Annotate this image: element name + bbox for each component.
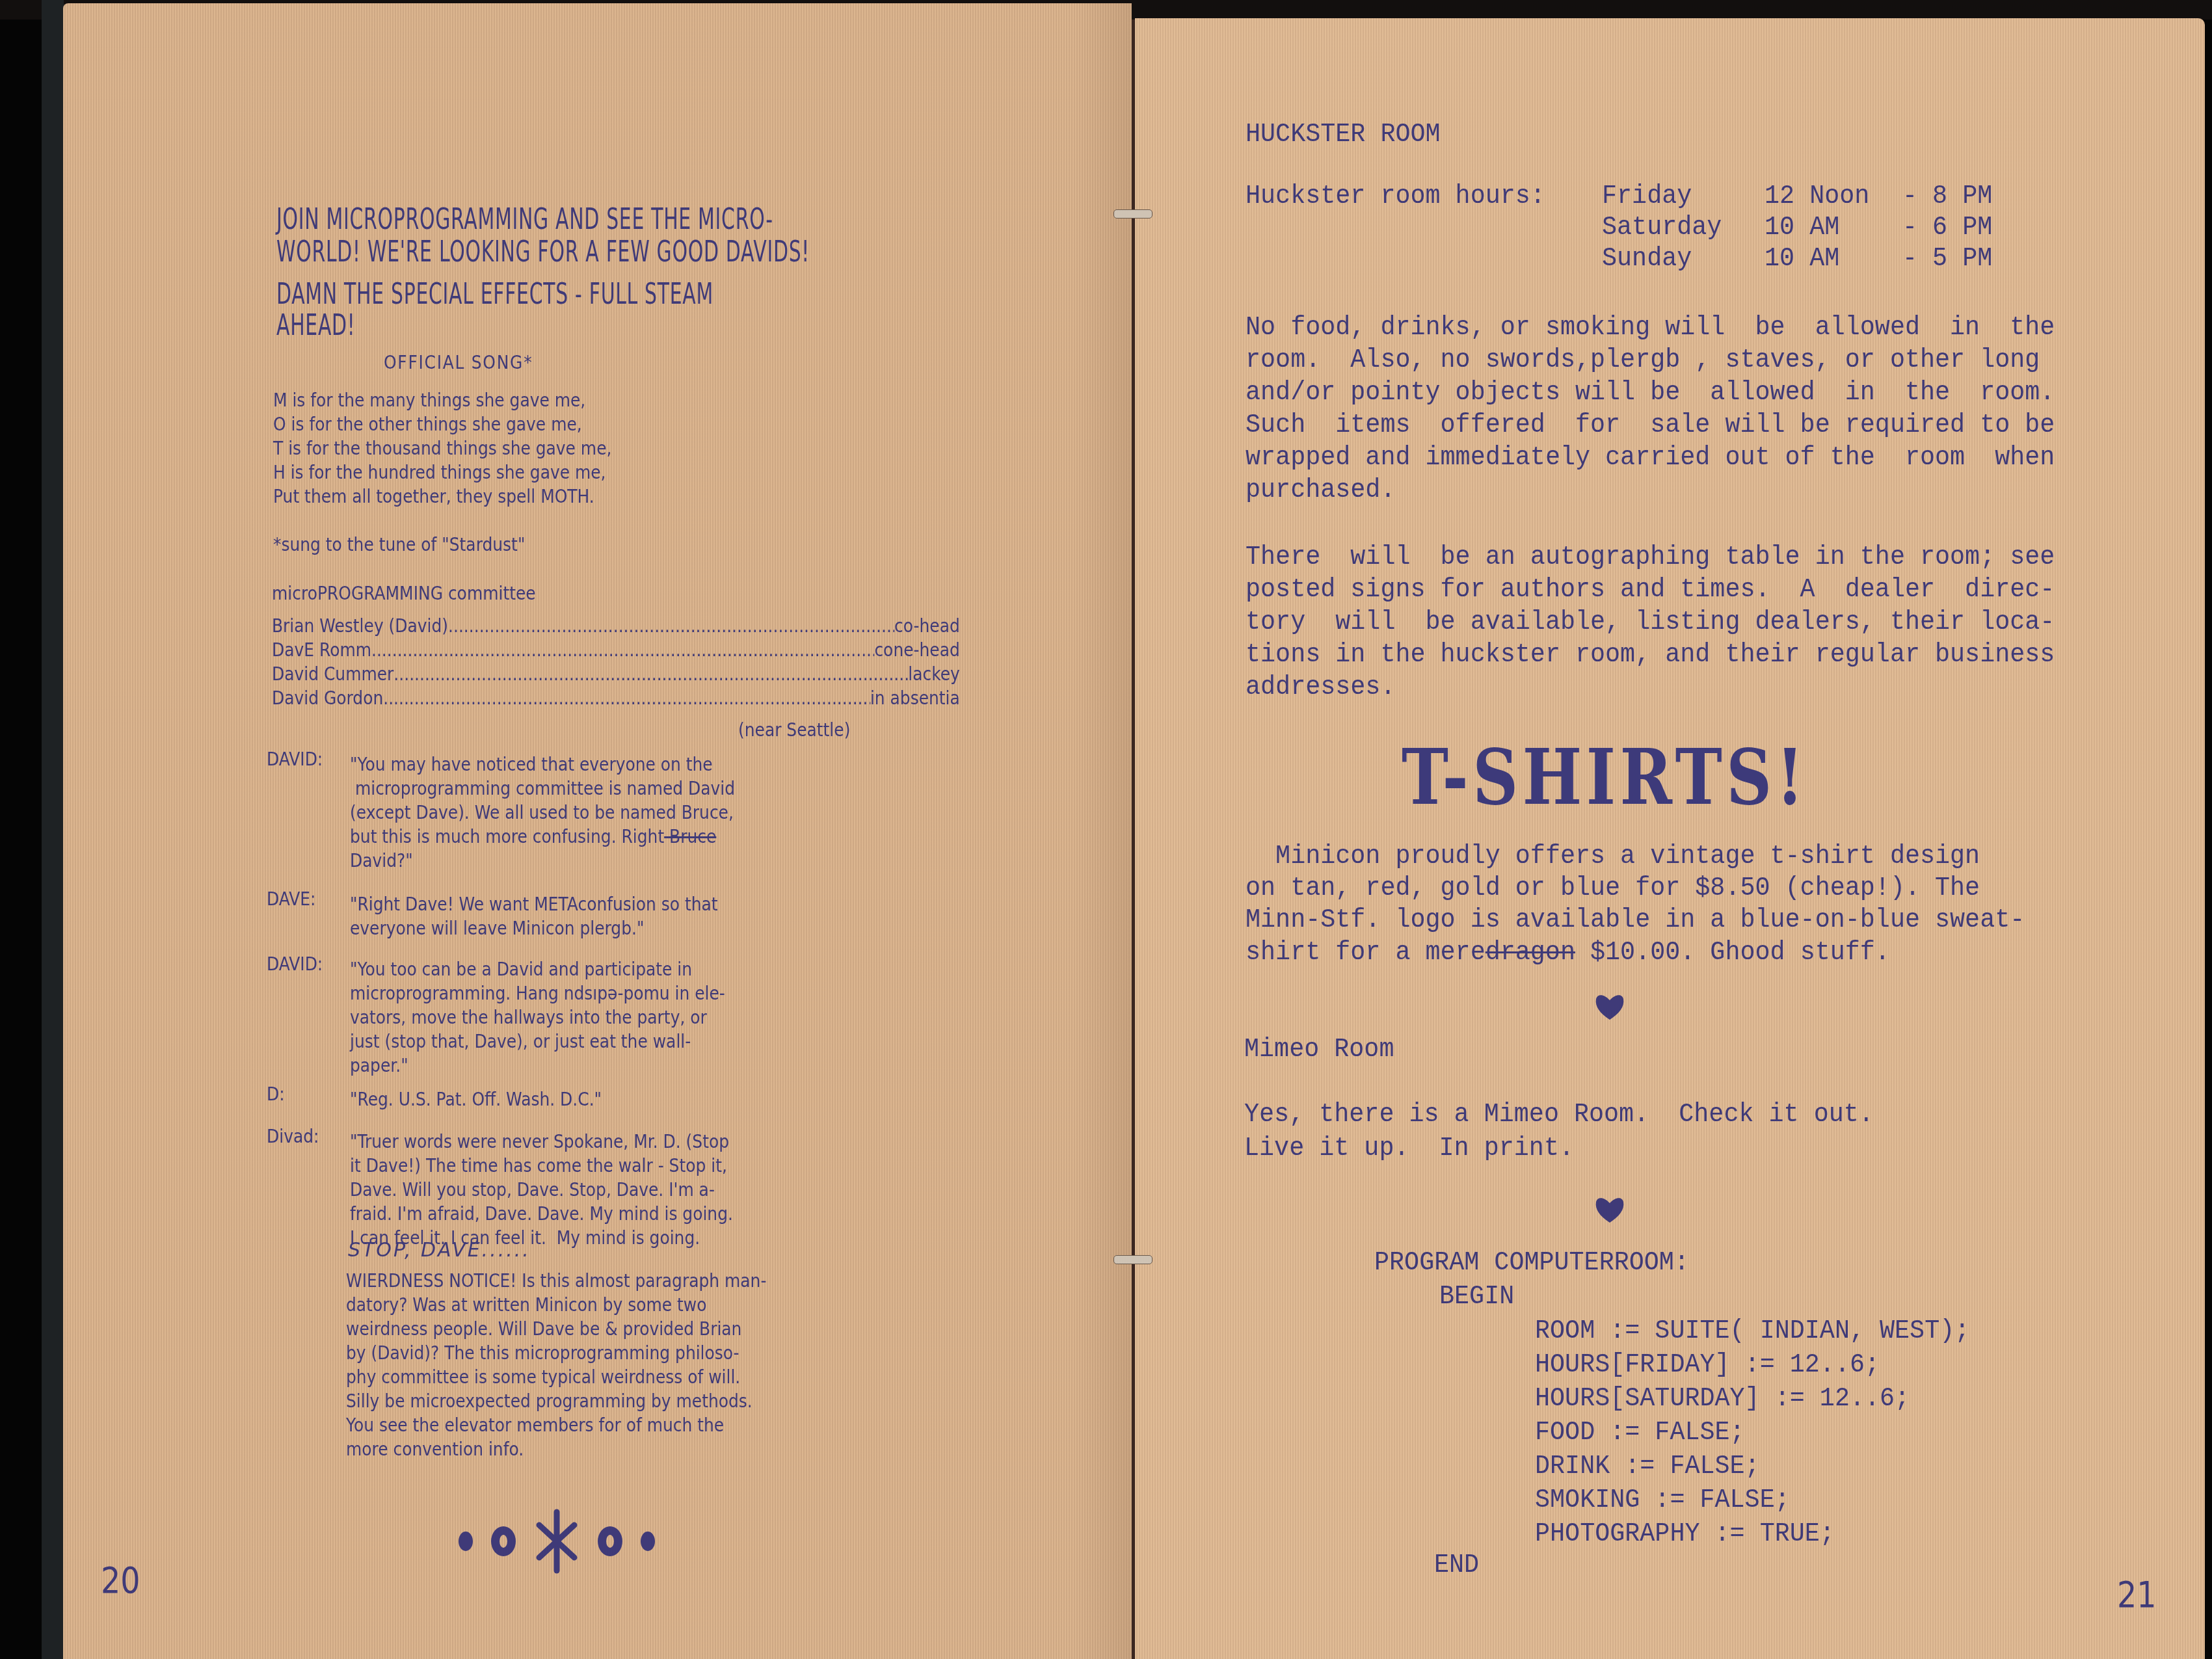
dialogue-line: just (stop that, Dave), or just eat the … (350, 1030, 691, 1052)
rules-line: No food, drinks, or smoking will be allo… (1246, 313, 2055, 343)
committee-name: DavE Romm (272, 639, 371, 661)
ring-icon (598, 1526, 622, 1556)
page-number: 21 (2117, 1574, 2157, 1616)
hours-open: 10 AM (1765, 245, 1839, 274)
committee-name: David Gordon (272, 687, 383, 709)
song-line: H is for the hundred things she gave me, (273, 461, 606, 483)
committee-role: in absentia (870, 687, 960, 709)
ornament-divider (459, 1509, 655, 1574)
speaker-label: DAVID: (267, 748, 323, 770)
dialogue-line: it Dave!) The time has come the walr - S… (350, 1154, 727, 1176)
program-statement: HOURS[FRIDAY] := 12..6; (1535, 1351, 1880, 1380)
speaker-label: DAVE: (267, 888, 315, 910)
rules-line: room. Also, no swords,plergb , staves, o… (1246, 346, 2040, 375)
staple-bottom (1113, 1255, 1153, 1264)
autograph-line: There will be an autographing table in t… (1246, 543, 2055, 572)
dialogue-line: fraid. I'm afraid, Dave. Dave. My mind i… (350, 1202, 733, 1225)
tshirts-line: on tan, red, gold or blue for $8.50 (che… (1246, 874, 1980, 903)
song-title: OFFICIAL SONG* (384, 351, 533, 373)
handwritten-note: STOP, DAVE...... (348, 1239, 531, 1262)
committee-row: David Gordon............................… (272, 687, 960, 709)
committee-title: microPROGRAMMING committee (272, 582, 536, 604)
autograph-line: posted signs for authors and times. A de… (1246, 576, 2055, 605)
tshirts-line: Minicon proudly offers a vintage t-shirt… (1246, 842, 1980, 871)
hours-day: Friday (1602, 182, 1692, 211)
mimeo-line: Yes, there is a Mimeo Room. Check it out… (1244, 1100, 1874, 1130)
dot-icon (641, 1532, 655, 1551)
committee-note: (near Seattle) (738, 719, 850, 741)
dialogue-line: Dave. Will you stop, Dave. Stop, Dave. I… (350, 1178, 715, 1201)
heart-icon (1593, 1197, 1626, 1224)
weirdness-line: by (David)? The this microprogramming ph… (346, 1342, 740, 1364)
tshirts-line: shirt for a meredragon $10.00. Ghood stu… (1246, 938, 1890, 968)
headline-line: JOIN MICROPROGRAMMING AND SEE THE MICRO- (276, 203, 773, 236)
struck-word: dragon (1486, 938, 1575, 968)
dot-leader: ........................................… (448, 615, 894, 637)
hours-close: - 6 PM (1902, 213, 1992, 243)
dot-leader: ........................................… (383, 687, 870, 709)
asterisk-icon (534, 1509, 580, 1574)
song-line: Put them all together, they spell MOTH. (273, 485, 594, 507)
committee-row: Brian Westley (David)...................… (272, 615, 960, 637)
autograph-line: tory will be available, listing dealers,… (1246, 608, 2055, 637)
rules-line: wrapped and immediately carried out of t… (1246, 444, 2055, 473)
dialogue-line: "You too can be a David and participate … (350, 958, 692, 980)
headline-line: DAMN THE SPECIAL EFFECTS - FULL STEAM (276, 278, 713, 311)
dialogue-line: but this is much more confusing. Right B… (350, 825, 716, 847)
hours-day: Sunday (1602, 245, 1692, 274)
song-footnote: *sung to the tune of "Stardust" (273, 533, 525, 555)
committee-row: DavE Romm...............................… (272, 639, 960, 661)
speaker-label: D: (267, 1083, 285, 1105)
page-number: 20 (101, 1559, 140, 1602)
mimeo-line: Live it up. In print. (1244, 1134, 1574, 1163)
weirdness-line: more convention info. (346, 1438, 524, 1460)
song-line: M is for the many things she gave me, (273, 389, 585, 411)
hours-open: 10 AM (1765, 213, 1839, 243)
autograph-line: addresses. (1246, 673, 1395, 702)
rules-line: purchased. (1246, 476, 1395, 505)
dialogue-line: "Truer words were never Spokane, Mr. D. … (350, 1130, 729, 1152)
program-end: END (1434, 1551, 1479, 1580)
tshirts-line: Minn-Stf. logo is available in a blue-on… (1246, 906, 2025, 935)
program-begin: BEGIN (1439, 1282, 1514, 1312)
song-line: O is for the other things she gave me, (273, 413, 582, 435)
committee-role: lackey (908, 663, 960, 685)
book-spine (1132, 20, 1135, 1659)
committee-name: Brian Westley (David) (272, 615, 448, 637)
hours-open: 12 Noon (1765, 182, 1869, 211)
headline-line: WORLD! WE'RE LOOKING FOR A FEW GOOD DAVI… (276, 235, 810, 269)
program-statement: FOOD := FALSE; (1535, 1418, 1745, 1448)
weirdness-line: phy committee is some typical weirdness … (346, 1366, 740, 1388)
dialogue-line: "Reg. U.S. Pat. Off. Wash. D.C." (350, 1088, 602, 1110)
song-line: T is for the thousand things she gave me… (273, 437, 611, 459)
staple-top (1113, 209, 1153, 219)
weirdness-line: WIERDNESS NOTICE! Is this almost paragra… (346, 1269, 766, 1292)
program-statement: DRINK := FALSE; (1535, 1452, 1760, 1481)
section-title: HUCKSTER ROOM (1246, 120, 1441, 150)
speaker-label: DAVID: (267, 953, 323, 975)
committee-role: cone-head (874, 639, 959, 661)
dialogue-line: "You may have noticed that everyone on t… (350, 753, 713, 775)
book-cover-edge (42, 0, 64, 1659)
dot-icon (459, 1532, 473, 1551)
hours-close: - 5 PM (1902, 245, 1992, 274)
rules-line: Such items offered for sale will be requ… (1246, 411, 2055, 440)
committee-row: David Cummer............................… (272, 663, 960, 685)
ring-icon (491, 1526, 516, 1556)
dialogue-line: microprogramming. Hang ndsıpə-pomu in el… (350, 982, 725, 1004)
committee-name: David Cummer (272, 663, 393, 685)
dialogue-line: vators, move the hallways into the party… (350, 1006, 707, 1028)
dialogue-line: everyone will leave Minicon plergb." (350, 917, 644, 939)
hours-day: Saturday (1602, 213, 1722, 243)
struck-word: Bruce (664, 825, 716, 847)
tshirts-title: T-SHIRTS! (1402, 732, 1808, 822)
dialogue-line: "Right Dave! We want METAconfusion so th… (350, 893, 718, 915)
dot-leader: ........................................… (393, 663, 908, 685)
weirdness-line: Silly be microexpected programming by me… (346, 1390, 753, 1412)
weirdness-line: weirdness people. Will Dave be & provide… (346, 1318, 741, 1340)
program-header: PROGRAM COMPUTERROOM: (1374, 1249, 1689, 1278)
weirdness-line: You see the elevator members for of much… (346, 1414, 724, 1436)
hours-label: Huckster room hours: (1246, 182, 1545, 211)
dot-leader: ........................................… (371, 639, 874, 661)
program-statement: PHOTOGRAPHY := TRUE; (1535, 1520, 1835, 1549)
program-statement: SMOKING := FALSE; (1535, 1486, 1790, 1515)
autograph-line: tions in the huckster room, and their re… (1246, 641, 2055, 670)
dialogue-line: microprogramming committee is named Davi… (350, 777, 735, 799)
headline-line: AHEAD! (276, 309, 355, 342)
hours-close: - 8 PM (1902, 182, 1992, 211)
committee-role: co-head (894, 615, 960, 637)
rules-line: and/or pointy objects will be allowed in… (1246, 378, 2055, 408)
program-statement: ROOM := SUITE( INDIAN, WEST); (1535, 1317, 1969, 1346)
heart-icon (1593, 994, 1626, 1021)
speaker-label: Divad: (267, 1125, 319, 1147)
weirdness-line: datory? Was at written Minicon by some t… (346, 1294, 706, 1316)
dialogue-line: (except Dave). We all used to be named B… (350, 801, 734, 823)
program-statement: HOURS[SATURDAY] := 12..6; (1535, 1385, 1910, 1414)
dialogue-line: David?" (350, 849, 413, 871)
dialogue-line: paper." (350, 1054, 408, 1076)
mimeo-title: Mimeo Room (1244, 1035, 1394, 1065)
